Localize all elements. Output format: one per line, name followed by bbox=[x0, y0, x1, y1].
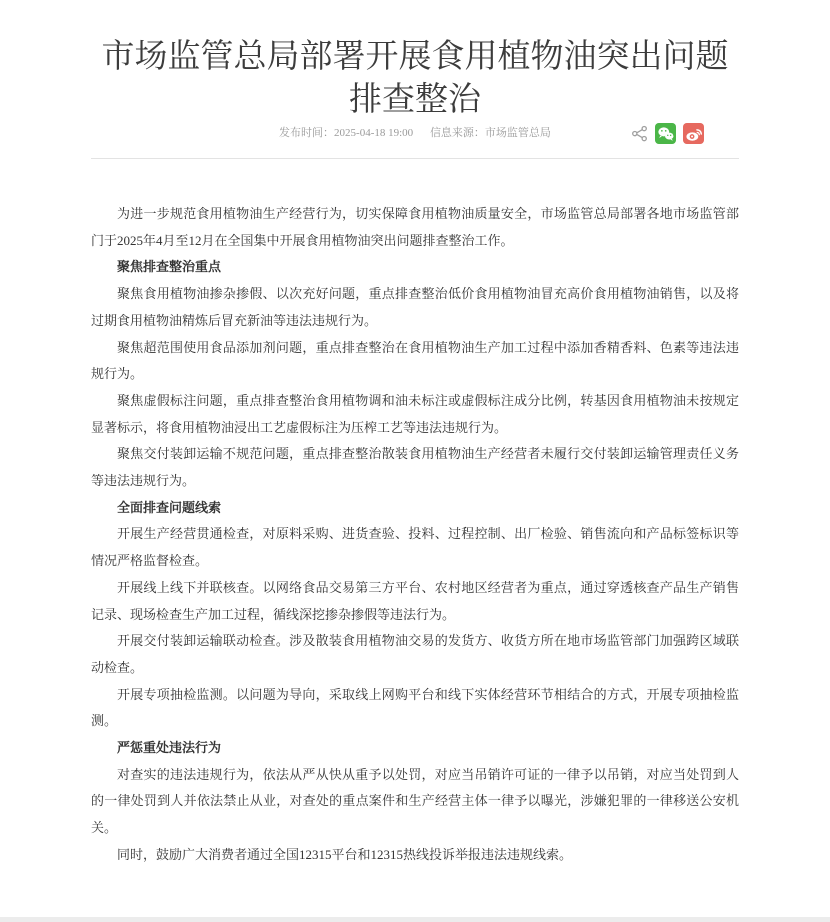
article-body: 为进一步规范食用植物油生产经营行为，切实保障食用植物油质量安全，市场监管总局部署… bbox=[91, 201, 739, 869]
article-meta: 发布时间：2025-04-18 19:00 信息来源：市场监管总局 bbox=[91, 122, 739, 144]
paragraph: 为进一步规范食用植物油生产经营行为，切实保障食用植物油质量安全，市场监管总局部署… bbox=[91, 201, 739, 254]
publish-time: 发布时间：2025-04-18 19:00 bbox=[279, 122, 413, 144]
page-bottom-edge bbox=[0, 917, 830, 922]
section-heading: 全面排查问题线索 bbox=[91, 495, 739, 522]
paragraph: 开展专项抽检监测。以问题为导向，采取线上网购平台和线下实体经营环节相结合的方式，… bbox=[91, 682, 739, 735]
wechat-share-button[interactable] bbox=[655, 123, 676, 144]
paragraph: 聚焦交付装卸运输不规范问题，重点排查整治散装食用植物油生产经营者未履行交付装卸运… bbox=[91, 441, 739, 494]
paragraph: 同时，鼓励广大消费者通过全国12315平台和12315热线投诉举报违法违规线索。 bbox=[91, 842, 739, 869]
share-nodes-icon bbox=[631, 125, 648, 142]
paragraph: 聚焦食用植物油掺杂掺假、以次充好问题，重点排查整治低价食用植物油冒充高价食用植物… bbox=[91, 281, 739, 334]
share-button[interactable] bbox=[631, 125, 648, 142]
section-heading: 严惩重处违法行为 bbox=[91, 735, 739, 762]
wechat-icon bbox=[655, 123, 676, 144]
article-page: 市场监管总局部署开展食用植物油突出问题排查整治 发布时间：2025-04-18 … bbox=[91, 0, 739, 869]
paragraph: 开展线上线下并联核查。以网络食品交易第三方平台、农村地区经营者为重点，通过穿透核… bbox=[91, 575, 739, 628]
paragraph: 聚焦超范围使用食品添加剂问题，重点排查整治在食用植物油生产加工过程中添加香精香料… bbox=[91, 335, 739, 388]
section-heading: 聚焦排查整治重点 bbox=[91, 254, 739, 281]
info-source: 信息来源：市场监管总局 bbox=[430, 122, 551, 144]
header-divider bbox=[91, 158, 739, 159]
weibo-share-button[interactable] bbox=[683, 123, 704, 144]
share-toolbar bbox=[631, 122, 704, 144]
page-title: 市场监管总局部署开展食用植物油突出问题排查整治 bbox=[95, 34, 735, 120]
paragraph: 开展交付装卸运输联动检查。涉及散装食用植物油交易的发货方、收货方所在地市场监管部… bbox=[91, 628, 739, 681]
paragraph: 对查实的违法违规行为，依法从严从快从重予以处罚，对应当吊销许可证的一律予以吊销，… bbox=[91, 762, 739, 842]
paragraph: 开展生产经营贯通检查，对原料采购、进货查验、投料、过程控制、出厂检验、销售流向和… bbox=[91, 521, 739, 574]
paragraph: 聚焦虚假标注问题，重点排查整治食用植物调和油未标注或虚假标注成分比例，转基因食用… bbox=[91, 388, 739, 441]
weibo-icon bbox=[683, 123, 704, 144]
